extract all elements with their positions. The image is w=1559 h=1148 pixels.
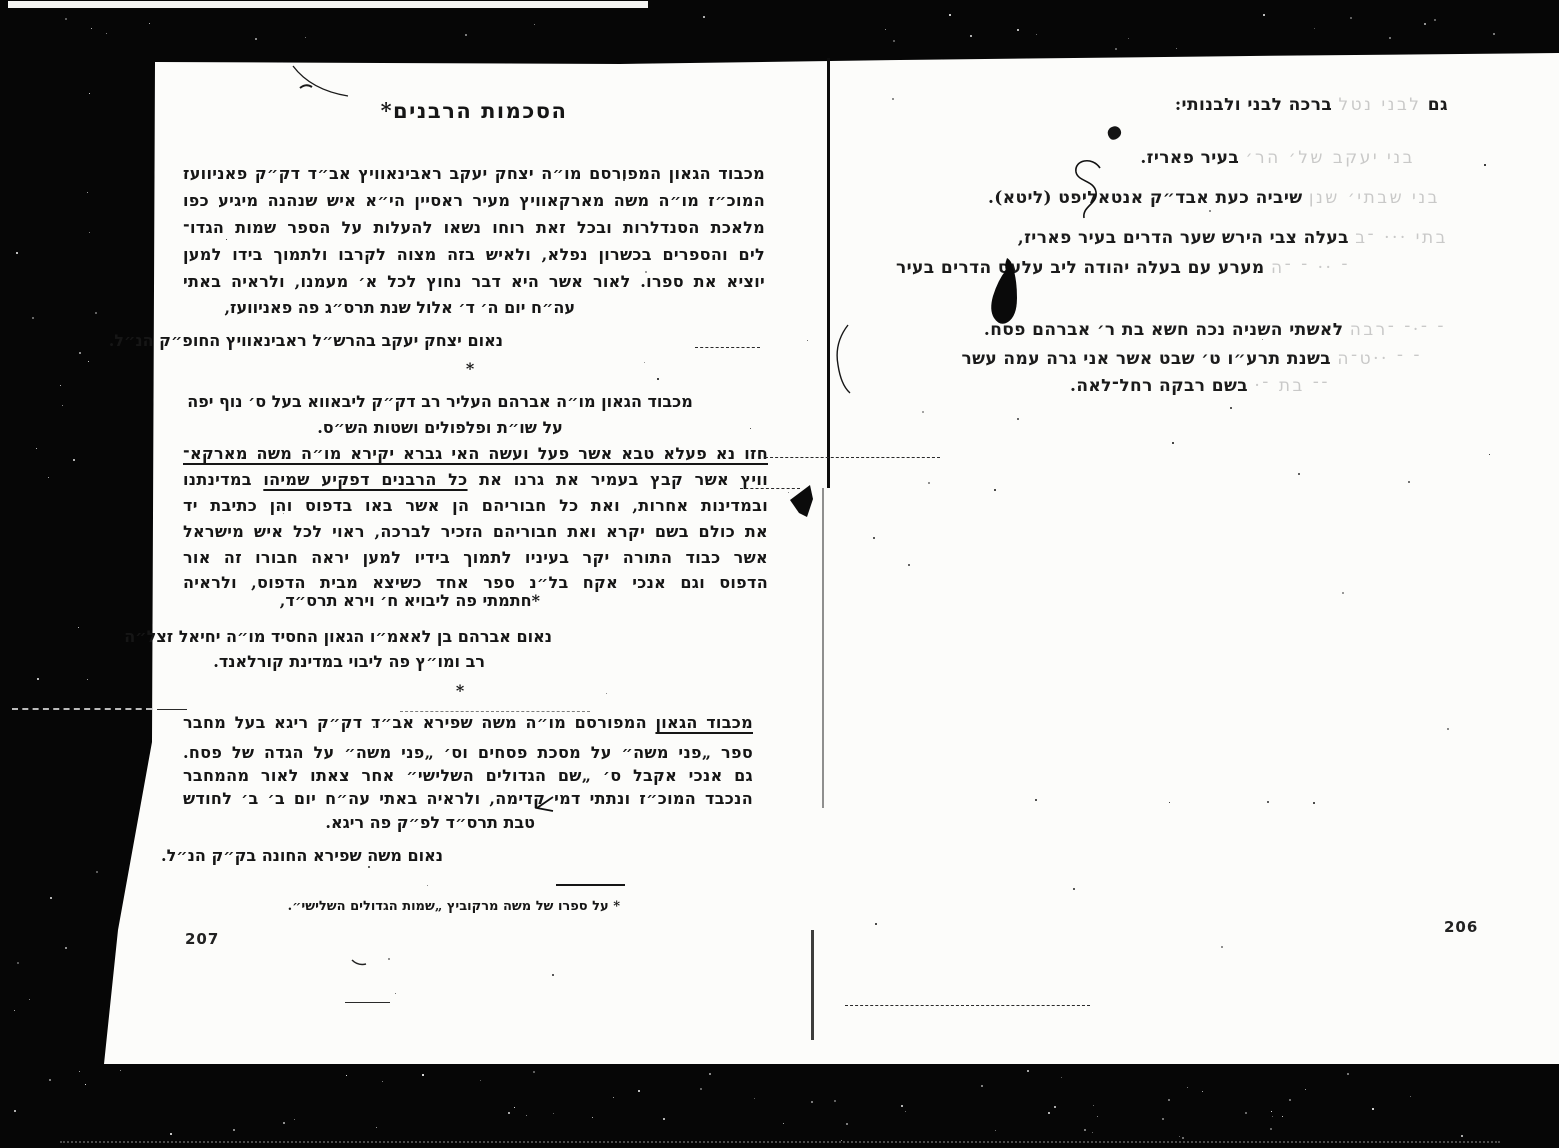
noise-dot	[885, 29, 886, 30]
noise-dot	[120, 1070, 121, 1071]
approbation-heading: על שו״ת ופלפולים ושטות הש״ס.	[185, 417, 695, 439]
noise-dot	[1061, 1077, 1062, 1078]
signature-line: נאום אברהם בן לאאמ״ו הגאון החסיד מו״ה יח…	[298, 626, 552, 648]
signature-line: נאום משה שפירא החונה בק״ק הנ״ל.	[253, 845, 443, 867]
text-line: יוציא את ספרו. לאור אשר היא דבר נחוץ לכל…	[183, 271, 765, 293]
noise-dot	[1389, 37, 1391, 39]
asterisk-separator: *	[445, 680, 475, 702]
text-line: מכבוד הגאון המפורסם מו״ה משה שפירא אב״ד …	[183, 712, 753, 734]
noise-dot	[1036, 34, 1037, 35]
noise-dot	[811, 1101, 813, 1103]
line-part: בשנת תרע״ו ט׳ שבט אשר אני גרה עמה עשר	[961, 349, 1331, 369]
scratch-mark	[695, 347, 760, 348]
noise-dot	[62, 405, 63, 406]
noise-dot	[834, 1100, 836, 1102]
noise-dot	[703, 16, 705, 18]
text-line: ־־ בת ־· בשם רבקה רחל־לאה.	[1070, 376, 1330, 396]
noise-dot	[709, 1073, 711, 1075]
noise-dot	[981, 1085, 983, 1087]
noise-dot	[305, 37, 306, 38]
signature-line: רב ומו״ץ פה ליבוי במדינת קורלאנד.	[315, 651, 485, 673]
noise-dot	[65, 18, 67, 20]
noise-dot	[700, 1088, 702, 1090]
section-title: הסכמות הרבנים*	[183, 100, 765, 122]
noise-dot	[1493, 33, 1495, 35]
noise-dot	[657, 378, 659, 380]
noise-dot	[1272, 1116, 1273, 1117]
scratch-mark	[12, 708, 152, 710]
center-fold-line	[822, 488, 824, 808]
noise-dot	[788, 492, 789, 493]
noise-dot	[1048, 1112, 1050, 1114]
noise-dot	[36, 448, 37, 449]
noise-dot	[79, 352, 81, 354]
noise-dot	[91, 28, 92, 29]
scratch-mark	[740, 488, 800, 489]
noise-dot	[1073, 888, 1075, 890]
noise-dot	[1410, 1096, 1411, 1097]
footnote-separator	[556, 884, 625, 886]
line-part: ברכה לבני ולבנותי:	[1175, 95, 1332, 115]
noise-dot	[376, 1127, 377, 1128]
text-line: גם לבני נטל ברכה לבני ולבנותי:	[1175, 95, 1448, 115]
noise-dot	[807, 340, 808, 341]
noise-dot	[1027, 1070, 1029, 1072]
noise-dot	[1424, 23, 1426, 25]
noise-dot	[73, 459, 75, 461]
noise-dot	[294, 1119, 295, 1120]
noise-dot	[1093, 1105, 1094, 1106]
noise-dot	[1172, 442, 1174, 444]
noise-dot	[283, 513, 284, 514]
noise-dot	[346, 1075, 347, 1076]
noise-dot	[514, 1107, 515, 1108]
noise-dot	[1169, 802, 1170, 803]
noise-dot	[1168, 1099, 1170, 1101]
text-line: המוכ״ז מו״ה משה מארקאוויץ מעיר ראסיין הי…	[183, 190, 765, 212]
noise-dot	[1176, 48, 1177, 49]
scratch-mark	[157, 709, 187, 710]
noise-dot	[16, 252, 18, 254]
noise-dot	[29, 999, 30, 1000]
noise-dot	[1461, 1135, 1463, 1137]
noise-dot	[1092, 1132, 1093, 1133]
text-line: בתי ··· ־ב בעלה צבי הירש שער הדרים בעיר …	[1018, 228, 1448, 248]
noise-dot	[1350, 17, 1352, 19]
scratch-mark	[345, 1002, 390, 1003]
noise-dot	[1035, 799, 1037, 801]
noise-dot	[1162, 1118, 1164, 1120]
text-line: מלאכת הסנדלרות ובכל זאת רוחו נשאו להעלות…	[183, 217, 765, 239]
noise-dot	[846, 1123, 848, 1125]
noise-dot	[949, 14, 951, 16]
line-part: במדינתנו	[183, 470, 263, 489]
noise-dot	[170, 1133, 172, 1135]
line-part: וויץ אשר קבץ בעמיר את גרנו את	[468, 470, 768, 489]
noise-dot	[1221, 946, 1223, 948]
text-line: מכבוד הגאון המפורסם מו״ה יצחק יעקב ראבינ…	[183, 163, 765, 185]
noise-dot	[422, 1074, 424, 1076]
noise-dot	[1017, 29, 1019, 31]
scratch-mark	[845, 1005, 1090, 1006]
line-part: בעיר פאריז.	[1140, 148, 1239, 168]
faded-text: ־ ־·־ ־רבה	[1350, 320, 1446, 340]
text-line: ־ ־ ··ט־ה בשנת תרע״ו ט׳ שבט אשר אני גרה …	[961, 349, 1422, 369]
text-line: לים והספרים בכשרון נפלא, ולאיש בזה מצוה …	[183, 244, 765, 266]
noise-dot	[1084, 1129, 1086, 1131]
noise-dot	[87, 679, 88, 680]
noise-dot	[14, 1110, 16, 1112]
noise-dot	[1267, 801, 1269, 803]
noise-dot	[1262, 339, 1263, 340]
noise-dot	[1347, 1073, 1349, 1075]
faded-text: בתי ··· ־ב	[1355, 228, 1448, 248]
noise-dot	[644, 362, 645, 363]
faded-text: ־ ־ ··ט־ה	[1337, 349, 1422, 369]
noise-dot	[85, 1084, 86, 1085]
scanned-book-spread: הסכמות הרבנים* מכבוד הגאון המפורסם מו״ה …	[0, 0, 1559, 1148]
line-part: המפורסם מו״ה משה שפירא אב״ד דק״ק ריגא בע…	[183, 713, 655, 732]
noise-dot	[1342, 592, 1344, 594]
text-line-underlined: חזו נא פעלא טבא אשר פעל ועשה האי גברא יק…	[183, 443, 768, 465]
noise-dot	[49, 1079, 51, 1081]
noise-dot	[1187, 1087, 1188, 1088]
page-number-left: 207	[185, 930, 219, 948]
noise-dot	[1372, 1108, 1374, 1110]
noise-dot	[95, 312, 97, 314]
noise-dot	[1263, 14, 1265, 16]
noise-dot	[1115, 48, 1117, 50]
line-part-underlined: כל הרבנים דפקיע שמיהו	[263, 470, 467, 489]
noise-dot	[534, 24, 535, 25]
noise-dot	[50, 897, 52, 899]
asterisk-separator: *	[455, 358, 485, 380]
noise-dot	[750, 428, 751, 429]
noise-dot	[32, 317, 34, 319]
noise-dot	[928, 482, 930, 484]
noise-dot	[388, 958, 390, 960]
scratch-mark	[400, 711, 590, 712]
noise-dot	[283, 1122, 285, 1124]
line-part: לאשתי השניה נכה חשא בת ר׳ אברהם פסח.	[984, 320, 1344, 340]
noise-dot	[466, 507, 467, 508]
line-part-underlined: מכבוד הגאון	[655, 713, 753, 732]
noise-dot	[1305, 1089, 1306, 1090]
noise-dot	[901, 1105, 903, 1107]
scratch-mark	[765, 457, 940, 458]
noise-dot	[995, 1130, 996, 1131]
noise-dot	[970, 35, 972, 37]
noise-dot	[1270, 1128, 1272, 1130]
date-line: עה״ח יום ה׳ ד׳ אלול שנת תרס״ג פה פאניווע…	[290, 297, 575, 319]
noise-dot	[1271, 1111, 1272, 1112]
noise-dot	[88, 361, 89, 362]
faded-text: ־־ בת ־·	[1254, 376, 1330, 396]
text-line: הנכבד המוכ״ז ונתתי דמי קדימה, ולראיה באת…	[183, 788, 753, 810]
noise-dot	[922, 411, 924, 413]
text-line: בני שבתי׳ שנן שיביה כעת אבד״ק אנטאליפט (…	[988, 188, 1440, 208]
text-line: בני יעקב של׳ הר׳ בעיר פאריז.	[1140, 148, 1415, 168]
noise-dot	[255, 38, 257, 40]
noise-dot	[533, 1071, 535, 1073]
noise-dot	[1298, 473, 1300, 475]
noise-dot	[783, 1123, 784, 1124]
text-line: את כולם בשם יקרא ואת חבוריהם הזכיר לברכה…	[183, 521, 768, 543]
noise-dot	[875, 923, 877, 925]
noise-dot	[382, 1081, 383, 1082]
noise-dot	[1484, 164, 1486, 166]
noise-dot	[1209, 210, 1211, 212]
noise-dot	[892, 98, 894, 100]
noise-dot	[508, 1112, 510, 1114]
noise-dot	[663, 1118, 665, 1120]
noise-dot	[1314, 28, 1315, 29]
page-number-right: 206	[1444, 918, 1478, 936]
noise-dot	[1017, 418, 1019, 420]
noise-dot	[606, 693, 607, 694]
noise-dot	[149, 23, 150, 24]
noise-dot	[613, 1097, 614, 1098]
text-line: ספר „פני משה״ על מסכת פסחים וס׳ „פני משה…	[183, 742, 753, 764]
noise-dot	[1128, 38, 1129, 39]
faded-text: ־ ·· ־ ־ה	[1271, 258, 1350, 278]
text-line: גם אנכי אקבל ס׳ „שם הגדולים השלישי״ אחר …	[183, 765, 753, 787]
line-part: שיביה כעת אבד״ק אנטאליפט (ליטא).	[988, 188, 1303, 208]
date-line: טבת תרס״ד לפ״ק פה ריגא.	[353, 812, 535, 834]
noise-dot	[395, 993, 396, 994]
text-line: וויץ אשר קבץ בעמיר את גרנו את כל הרבנים …	[183, 469, 768, 491]
noise-dot	[905, 1111, 906, 1112]
noise-dot	[1447, 728, 1449, 730]
noise-dot	[526, 1115, 527, 1116]
noise-dot	[1054, 1106, 1056, 1108]
text-line: ובמדינות אחרות, ואת כל חבוריהם הן אשר בא…	[183, 495, 768, 517]
noise-dot	[373, 726, 375, 728]
noise-dot	[1289, 1099, 1291, 1101]
noise-dot	[480, 1080, 481, 1081]
noise-dot	[1282, 1116, 1283, 1117]
noise-dot	[754, 1098, 755, 1099]
noise-dot	[79, 1071, 80, 1072]
noise-dot	[60, 385, 61, 386]
noise-dot	[1489, 454, 1490, 455]
noise-dot	[106, 33, 107, 34]
noise-dot	[994, 489, 996, 491]
noise-dot	[552, 974, 554, 976]
noise-dot	[1179, 1136, 1180, 1137]
noise-dot	[1229, 382, 1231, 384]
noise-dot	[89, 232, 90, 233]
noise-dot	[233, 1129, 235, 1131]
noise-dot	[48, 477, 49, 478]
noise-dot	[1097, 1116, 1098, 1117]
approbation-heading: מכבוד הגאון מו״ה אברהם העליר רב דק״ק ליב…	[185, 391, 695, 413]
noise-dot	[87, 192, 88, 193]
noise-dot	[645, 271, 647, 273]
noise-dot	[37, 678, 39, 680]
faded-text: בני יעקב של׳ הר׳	[1245, 148, 1415, 168]
noise-dot	[65, 947, 67, 949]
line-part: גם	[1428, 95, 1448, 115]
noise-dot	[553, 1113, 554, 1114]
center-fold-line	[827, 58, 830, 488]
noise-dot	[592, 1117, 593, 1118]
noise-dot	[1245, 1112, 1247, 1114]
center-fold-line	[811, 930, 814, 1040]
noise-dot	[908, 564, 910, 566]
line-part: בשם רבקה רחל־לאה.	[1070, 376, 1248, 396]
noise-dot	[873, 537, 875, 539]
noise-dot	[1408, 481, 1410, 483]
noise-dot	[893, 40, 895, 42]
date-line: *חתמתי פה ליבויא ח׳ וירא תרס״ד,	[330, 590, 540, 612]
scan-noise-row	[60, 1141, 1500, 1143]
noise-dot	[78, 627, 79, 628]
footnote: * על ספרו של משה מרקוביץ „שמות הגדולים ה…	[356, 896, 620, 918]
text-line: ־ ־·־ ־רבה לאשתי השניה נכה חשא בת ר׳ אבר…	[984, 320, 1446, 340]
signature-line: נאום יצחק יעקב בהרש״ל ראבינאוויץ החופ״ק …	[247, 330, 503, 352]
noise-dot	[1313, 802, 1315, 804]
noise-dot	[623, 179, 625, 181]
line-part: מערע עם בעלה יהודה ליב עלעס הדרים בעיר	[896, 258, 1265, 278]
text-line: ־ ·· ־ ־ה מערע עם בעלה יהודה ליב עלעס הד…	[896, 258, 1350, 278]
faded-text: בני שבתי׳ שנן	[1309, 188, 1440, 208]
noise-dot	[1182, 1137, 1184, 1139]
text-line: אשר כבוד התורה יקר בעיניו לתמוך בידיו למ…	[183, 547, 768, 569]
noise-dot	[841, 1140, 842, 1141]
noise-dot	[89, 93, 90, 94]
noise-dot	[368, 866, 370, 868]
noise-dot	[638, 1090, 640, 1092]
noise-dot	[96, 871, 98, 873]
noise-dot	[427, 885, 428, 886]
line-part: בעלה צבי הירש שער הדרים בעיר פאריז,	[1018, 228, 1349, 248]
scan-edge-strip	[8, 1, 648, 8]
noise-dot	[465, 34, 467, 36]
noise-dot	[226, 239, 227, 240]
noise-dot	[1202, 1091, 1203, 1092]
noise-dot	[17, 962, 19, 964]
noise-dot	[1434, 19, 1436, 21]
noise-dot	[14, 1010, 15, 1011]
faded-text: לבני נטל	[1338, 95, 1421, 115]
noise-dot	[1230, 407, 1232, 409]
